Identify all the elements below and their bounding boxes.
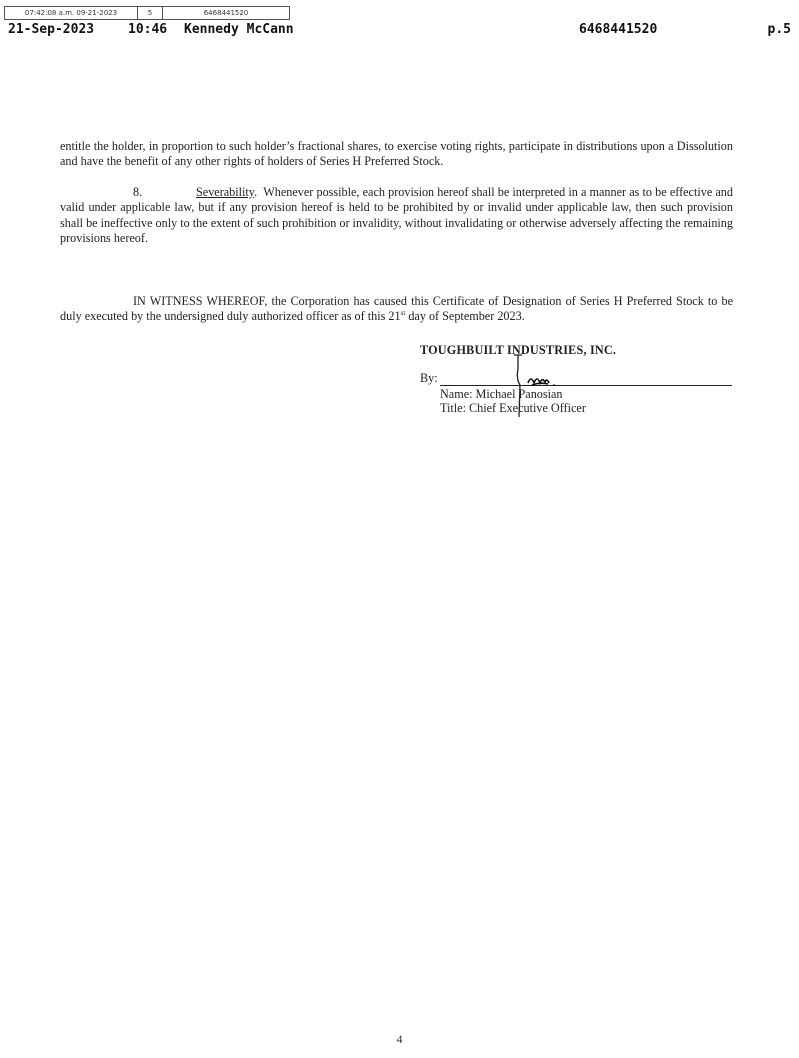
fax-date: 21-Sep-2023	[8, 22, 94, 37]
fax-header: 21-Sep-2023 10:46 Kennedy McCann 6468441…	[8, 22, 791, 40]
fax-stamp-pages: 5	[138, 7, 163, 19]
signature-block: TOUGHBUILT INDUSTRIES, INC. By: Name: Mi…	[420, 343, 740, 415]
signer-name: Name: Michael Panosian	[420, 387, 740, 401]
paragraph-continuation: entitle the holder, in proportion to suc…	[60, 139, 733, 170]
signer-title: Title: Chief Executive Officer	[420, 401, 740, 415]
fax-sender: Kennedy McCann	[184, 22, 294, 37]
fax-page-indicator: p.5	[768, 22, 791, 37]
by-label: By:	[420, 371, 438, 386]
section-number: 8.	[133, 185, 196, 200]
witness-text: IN WITNESS WHEREOF, the Corporation has …	[60, 294, 733, 323]
page-number: 4	[0, 1032, 799, 1047]
signature-line-row: By:	[420, 371, 740, 387]
witness-clause: IN WITNESS WHEREOF, the Corporation has …	[60, 294, 733, 325]
fax-time: 10:46	[128, 22, 167, 37]
signature-line	[440, 385, 732, 386]
section-heading: Severability	[196, 185, 254, 199]
fax-transmission-stamp: 07:42:08 a.m. 09-21-2023 5 6468441520	[4, 6, 290, 20]
witness-text-end: day of September 2023.	[405, 309, 524, 323]
fax-stamp-timestamp: 07:42:08 a.m. 09-21-2023	[5, 7, 138, 19]
fax-stamp-number: 6468441520	[163, 7, 289, 19]
company-name: TOUGHBUILT INDUSTRIES, INC.	[420, 343, 740, 358]
fax-number: 6468441520	[579, 22, 657, 37]
handwritten-signature-icon	[510, 349, 570, 419]
section-severability: 8.Severability. Whenever possible, each …	[60, 185, 733, 246]
